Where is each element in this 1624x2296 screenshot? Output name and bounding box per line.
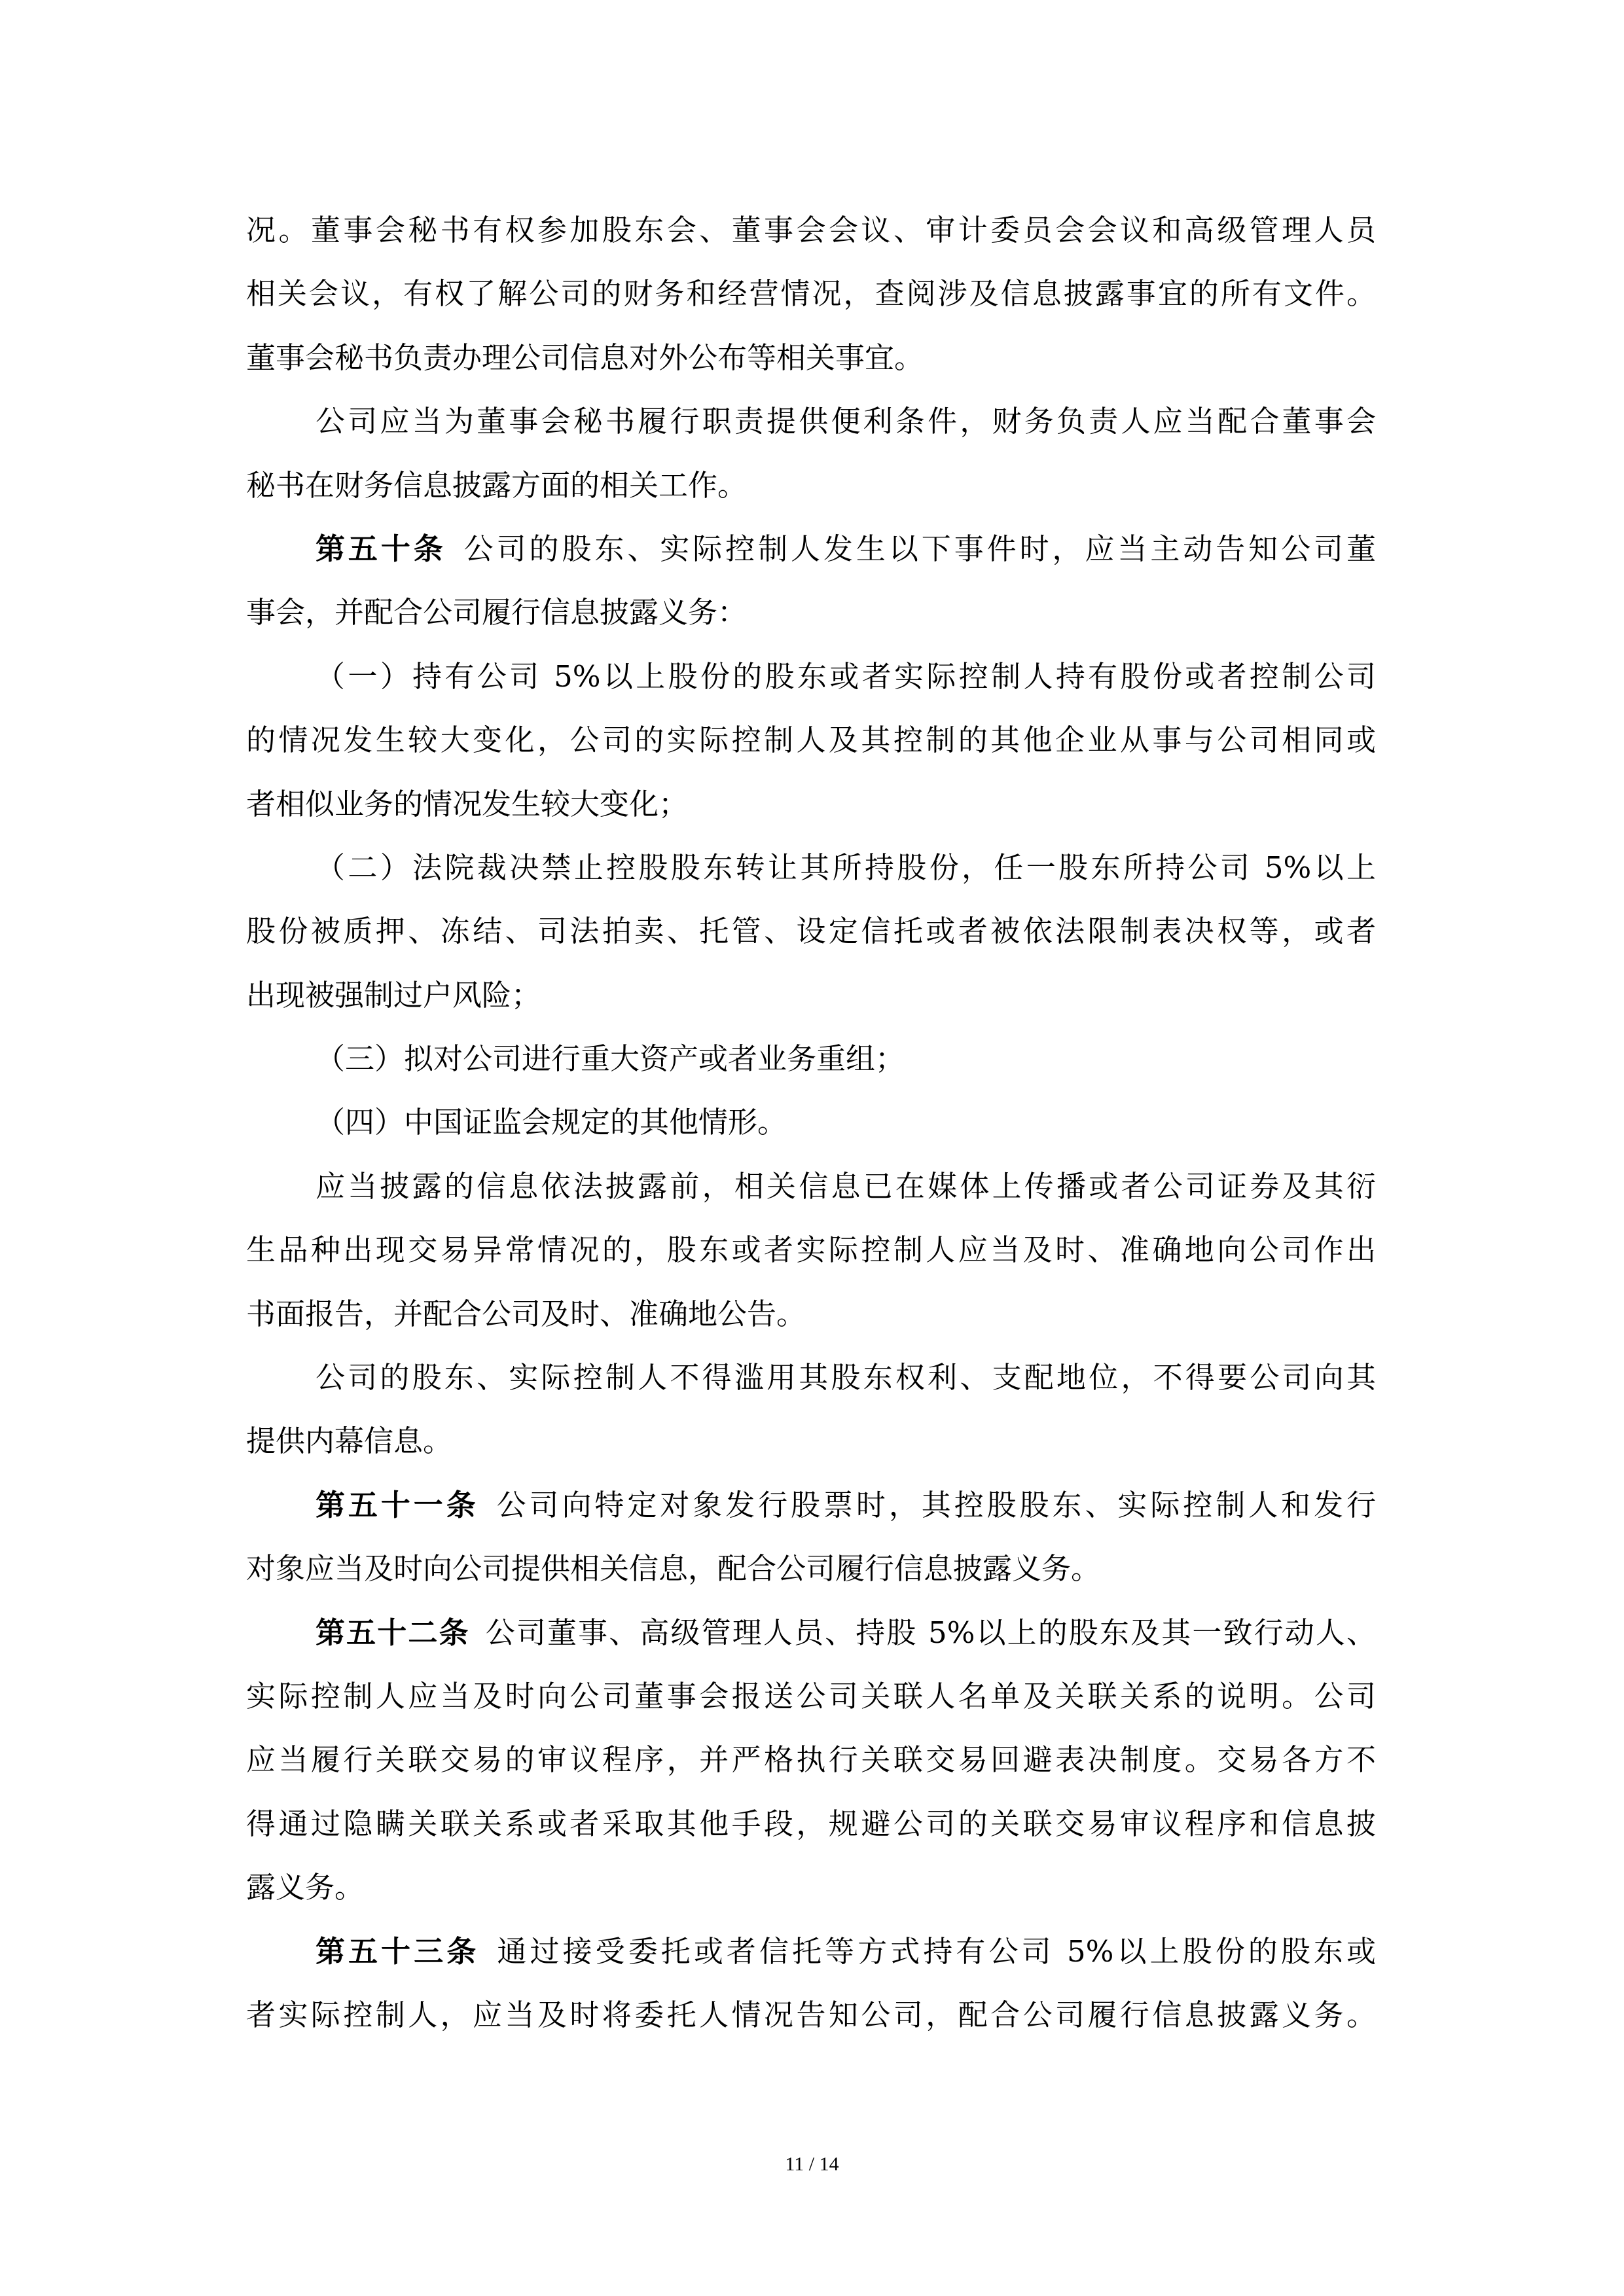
paragraph-board-secretary-rights: 况。董事会秘书有权参加股东会、董事会会议、审计委员会会议和高级管理人员 相关会议… [246,208,1376,399]
text-line: 公司应当为董事会秘书履行职责提供便利条件，财务负责人应当配合董事会 [246,399,1376,463]
article-label: 第五十二条 [316,1615,470,1650]
article-text: 通过接受委托或者信托等方式持有公司 5%以上股份的股东或 [494,1934,1376,1969]
text-line: 应当履行关联交易的审议程序，并严格执行关联交易回避表决制度。交易各方不 [246,1738,1376,1801]
article-first-line: 第五十一条公司向特定对象发行股票时，其控股股东、实际控制人和发行 [246,1483,1376,1547]
article-50-item-4: （四）中国证监会规定的其他情形。 [246,1100,1376,1164]
article-50-item-3: （三）拟对公司进行重大资产或者业务重组； [246,1037,1376,1100]
paragraph-insider-information: 公司的股东、实际控制人不得滥用其股东权利、支配地位，不得要公司向其 提供内幕信息… [246,1355,1376,1483]
text-line: 股份被质押、冻结、司法拍卖、托管、设定信托或者被依法限制表决权等，或者 [246,909,1376,973]
article-52: 第五十二条公司董事、高级管理人员、持股 5%以上的股东及其一致行动人、 实际控制… [246,1611,1376,1929]
text-line: 的情况发生较大变化，公司的实际控制人及其控制的其他企业从事与公司相同或 [246,718,1376,781]
article-50: 第五十条公司的股东、实际控制人发生以下事件时，应当主动告知公司董 事会，并配合公… [246,527,1376,655]
text-line: 者相似业务的情况发生较大变化； [246,782,1376,846]
text-line: （三）拟对公司进行重大资产或者业务重组； [246,1037,1376,1100]
article-53: 第五十三条通过接受委托或者信托等方式持有公司 5%以上股份的股东或 者实际控制人… [246,1929,1376,2057]
article-first-line: 第五十二条公司董事、高级管理人员、持股 5%以上的股东及其一致行动人、 [246,1611,1376,1674]
paragraph-company-support: 公司应当为董事会秘书履行职责提供便利条件，财务负责人应当配合董事会 秘书在财务信… [246,399,1376,527]
article-51: 第五十一条公司向特定对象发行股票时，其控股股东、实际控制人和发行 对象应当及时向… [246,1483,1376,1611]
text-line: （一）持有公司 5%以上股份的股东或者实际控制人持有股份或者控制公司 [246,655,1376,718]
article-text: 公司向特定对象发行股票时，其控股股东、实际控制人和发行 [494,1488,1376,1522]
article-text: 公司董事、高级管理人员、持股 5%以上的股东及其一致行动人、 [484,1615,1376,1650]
article-first-line: 第五十三条通过接受委托或者信托等方式持有公司 5%以上股份的股东或 [246,1929,1376,1993]
text-line: 应当披露的信息依法披露前，相关信息已在媒体上传播或者公司证券及其衍 [246,1164,1376,1228]
text-line: 得通过隐瞒关联关系或者采取其他手段，规避公司的关联交易审议程序和信息披 [246,1802,1376,1865]
article-label: 第五十三条 [316,1934,479,1969]
text-line: 出现被强制过户风险； [246,973,1376,1037]
text-line: 况。董事会秘书有权参加股东会、董事会会议、审计委员会会议和高级管理人员 [246,208,1376,272]
text-line: 实际控制人应当及时向公司董事会报送公司关联人名单及关联关系的说明。公司 [246,1674,1376,1738]
article-label: 第五十一条 [316,1488,479,1522]
text-line: （四）中国证监会规定的其他情形。 [246,1100,1376,1164]
text-line: 生品种出现交易异常情况的，股东或者实际控制人应当及时、准确地向公司作出 [246,1228,1376,1291]
article-first-line: 第五十条公司的股东、实际控制人发生以下事件时，应当主动告知公司董 [246,527,1376,590]
text-line: 董事会秘书负责办理公司信息对外公布等相关事宜。 [246,336,1376,399]
text-line: 者实际控制人，应当及时将委托人情况告知公司，配合公司履行信息披露义务。 [246,1993,1376,2056]
text-line: 提供内幕信息。 [246,1419,1376,1482]
text-line: 秘书在财务信息披露方面的相关工作。 [246,463,1376,527]
article-50-item-2: （二）法院裁决禁止控股股东转让其所持股份，任一股东所持公司 5%以上 股份被质押… [246,846,1376,1037]
article-50-item-1: （一）持有公司 5%以上股份的股东或者实际控制人持有股份或者控制公司 的情况发生… [246,655,1376,846]
text-line: 相关会议，有权了解公司的财务和经营情况，查阅涉及信息披露事宜的所有文件。 [246,272,1376,335]
paragraph-premature-disclosure: 应当披露的信息依法披露前，相关信息已在媒体上传播或者公司证券及其衍 生品种出现交… [246,1164,1376,1355]
text-line: 露义务。 [246,1865,1376,1929]
article-text: 公司的股东、实际控制人发生以下事件时，应当主动告知公司董 [461,531,1376,566]
text-line: 公司的股东、实际控制人不得滥用其股东权利、支配地位，不得要公司向其 [246,1355,1376,1419]
text-line: （二）法院裁决禁止控股股东转让其所持股份，任一股东所持公司 5%以上 [246,846,1376,909]
document-page: 况。董事会秘书有权参加股东会、董事会会议、审计委员会会议和高级管理人员 相关会议… [0,0,1624,2296]
document-body: 况。董事会秘书有权参加股东会、董事会会议、审计委员会会议和高级管理人员 相关会议… [246,208,1376,2056]
text-line: 对象应当及时向公司提供相关信息，配合公司履行信息披露义务。 [246,1547,1376,1610]
article-label: 第五十条 [316,531,446,566]
text-line: 书面报告，并配合公司及时、准确地公告。 [246,1292,1376,1355]
page-number: 11 / 14 [0,2153,1624,2176]
text-line: 事会，并配合公司履行信息披露义务： [246,590,1376,654]
